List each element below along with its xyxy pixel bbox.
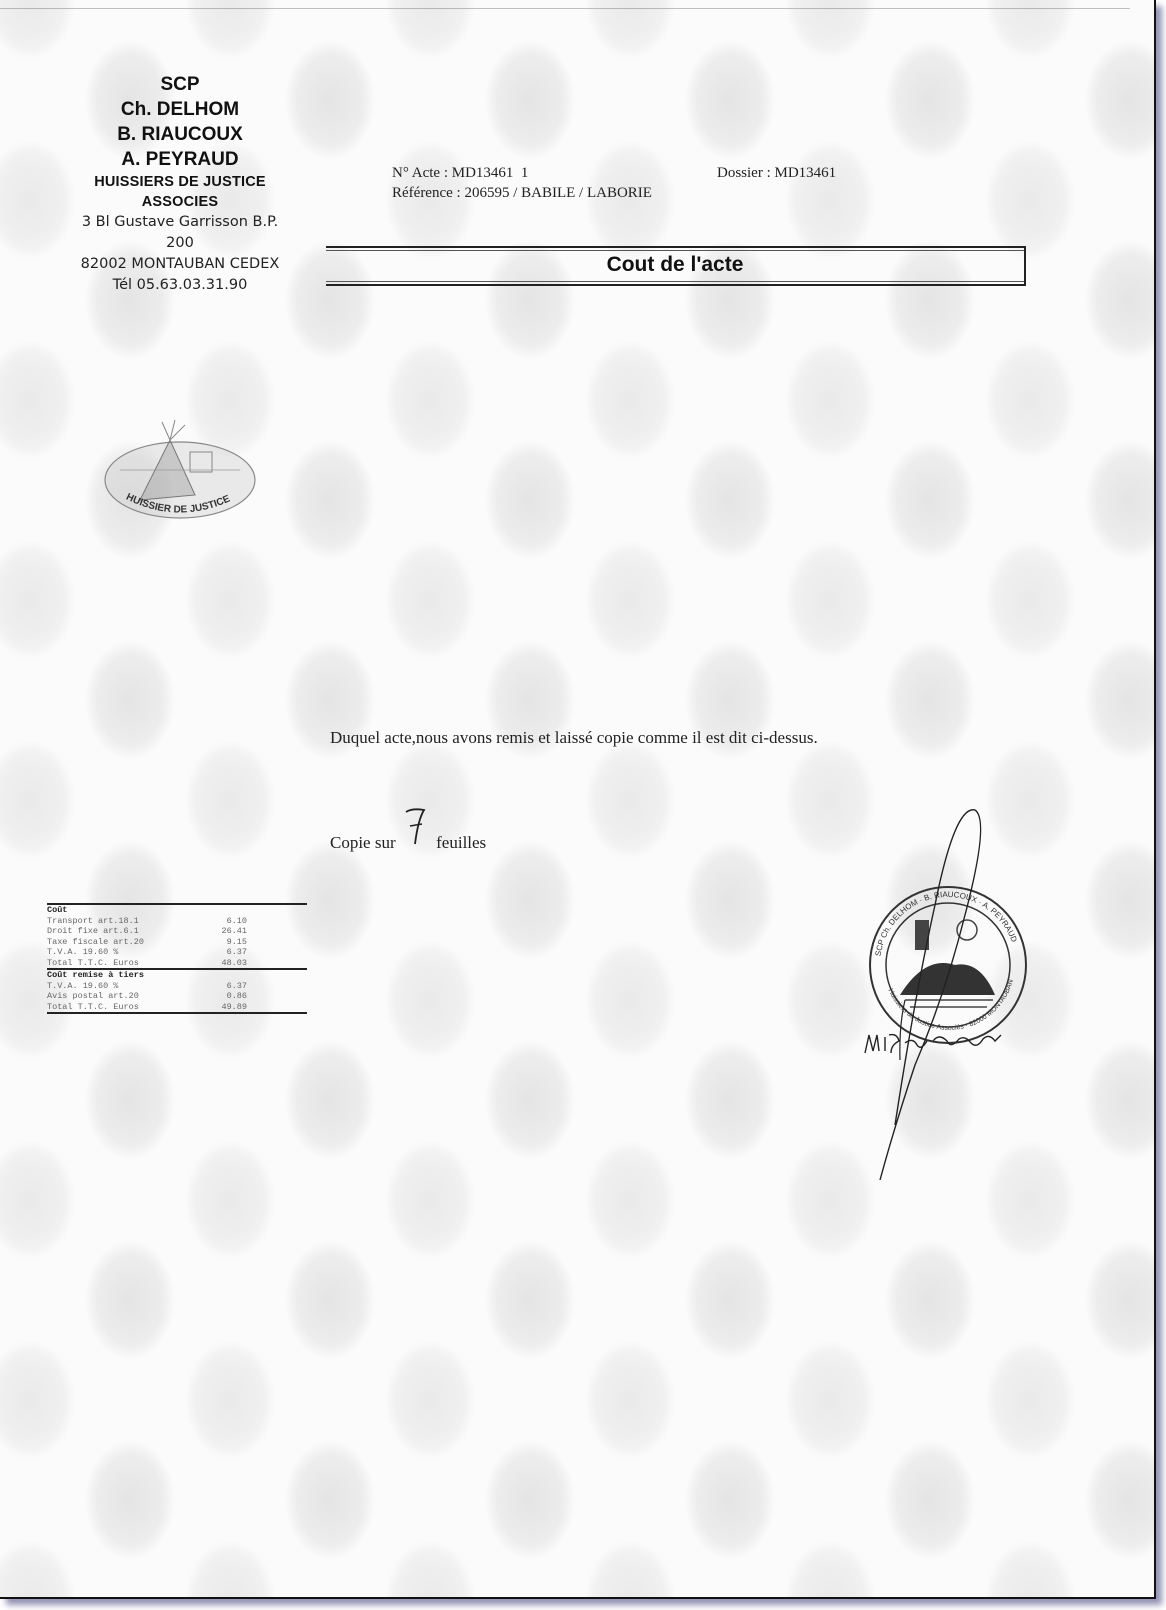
bailiff-emblem-icon: HUISSIER DE JUSTICE [100, 410, 260, 525]
table-row: T.V.A. 19.60 %6.37 [47, 981, 307, 992]
svg-text:SCP Ch. DELHOM · B. RIAUCOUX ·: SCP Ch. DELHOM · B. RIAUCOUX · A. PEYRAU… [874, 890, 1019, 957]
address-line: 3 Bl Gustave Garrisson B.P. [50, 212, 310, 233]
copie-prefix: Copie sur [330, 833, 396, 852]
table-row: Transport art.18.16.10 [47, 916, 307, 927]
acte-number-label: N° Acte : [392, 165, 448, 181]
scan-edge-line [0, 8, 1130, 9]
profession: HUISSIERS DE JUSTICE [50, 172, 310, 192]
cost-section-title: Coût [47, 905, 307, 916]
partner-name: A. PEYRAUD [50, 147, 310, 172]
document-page: SCP Ch. DELHOM B. RIAUCOUX A. PEYRAUD HU… [0, 0, 1156, 1599]
associes: ASSOCIES [50, 192, 310, 212]
partner-name: B. RIAUCOUX [50, 122, 310, 147]
cost-table: Coût Transport art.18.16.10 Droit fixe a… [47, 903, 307, 1014]
table-row: Avis postal art.200.86 [47, 991, 307, 1002]
dossier-label: Dossier : [717, 165, 771, 181]
address-line: 82002 MONTAUBAN CEDEX [50, 254, 310, 275]
table-row: T.V.A. 19.60 %6.37 [47, 947, 307, 958]
partner-name: Ch. DELHOM [50, 97, 310, 122]
handwritten-count [400, 828, 432, 848]
title-banner: Cout de l'acte [326, 246, 1026, 286]
page-title: Cout de l'acte [326, 253, 1024, 277]
table-row: Droit fixe art.6.126.41 [47, 926, 307, 937]
letterhead: SCP Ch. DELHOM B. RIAUCOUX A. PEYRAUD HU… [50, 72, 310, 296]
address-line: 200 [50, 233, 310, 254]
reference: 206595 / BABILE / LABORIE [464, 185, 652, 201]
seal-outer-text: SCP Ch. DELHOM · B. RIAUCOUX · A. PEYRAU… [874, 890, 1019, 957]
copie-suffix: feuilles [436, 833, 486, 852]
reference-label: Référence : [392, 185, 461, 201]
dossier-number: MD13461 [775, 165, 837, 181]
statement-text: Duquel acte,nous avons remis et laissé c… [330, 728, 818, 748]
cost-section-title: Coût remise à tiers [47, 970, 307, 981]
table-row: Taxe fiscale art.209.15 [47, 937, 307, 948]
table-rule [47, 1012, 307, 1014]
table-row: Total T.T.C. Euros49.89 [47, 1002, 307, 1013]
phone: Tél 05.63.03.31.90 [50, 275, 310, 296]
table-row: Total T.T.C. Euros48.03 [47, 958, 307, 969]
acte-number: MD13461 1 [452, 165, 529, 181]
acte-info: N° Acte : MD13461 1 Dossier : MD13461 Ré… [392, 163, 872, 203]
copie-line: Copie sur feuilles [330, 828, 486, 853]
firm-name: SCP [50, 72, 310, 97]
official-seal-icon: SCP Ch. DELHOM · B. RIAUCOUX · A. PEYRAU… [855, 795, 1045, 1180]
